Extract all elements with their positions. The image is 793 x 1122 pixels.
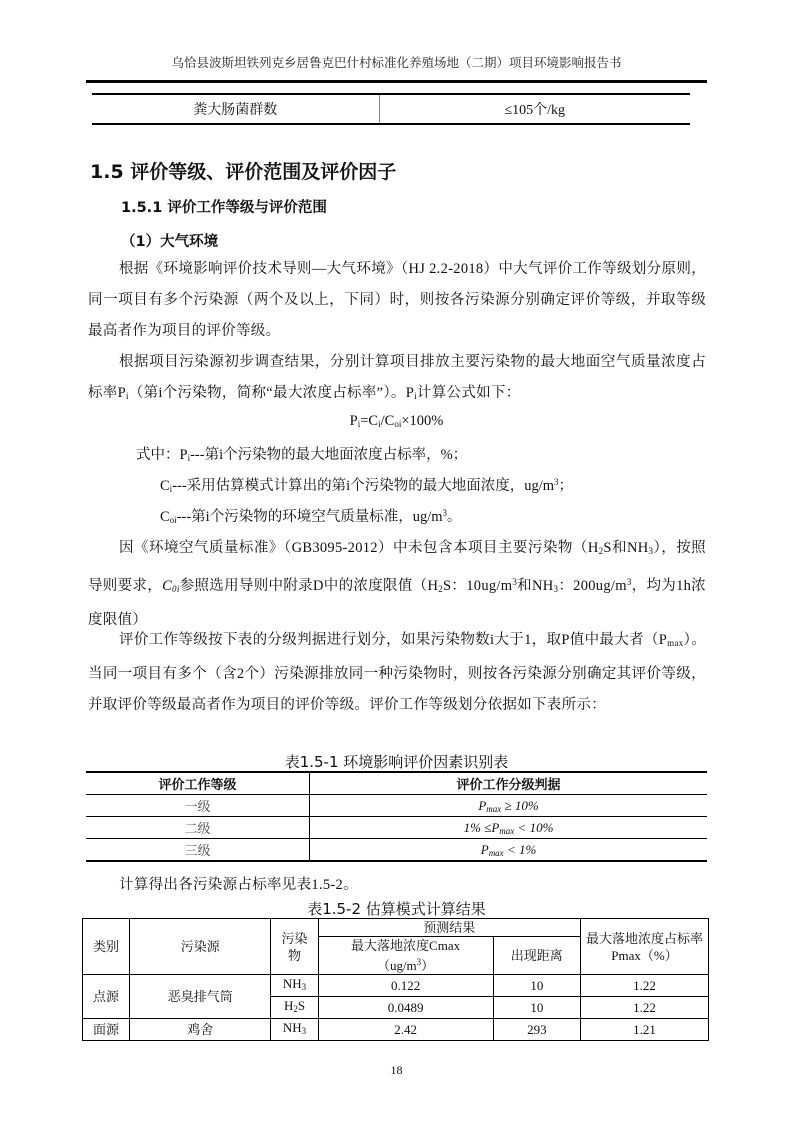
criterion-cell: Pmax ≥ 10% — [310, 795, 707, 817]
page-number: 18 — [0, 1063, 793, 1078]
pi-formula: Pi=Ci/Coi×100% — [0, 413, 793, 430]
definition-pi: 式中：Pi---第i个污染物的最大地面浓度占标率，%； — [136, 443, 467, 464]
definition-coi: Coi---第i个污染物的环境空气质量标准，ug/m3。 — [160, 505, 462, 526]
criterion-cell: Pmax < 1% — [310, 839, 707, 862]
column-header: 最大落地浓度Cmax（ug/m3） — [318, 937, 493, 975]
table-cell-item: 粪大肠菌群数 — [92, 94, 379, 124]
table1-caption: 表1.5-1 环境影响评价因素识别表 — [0, 751, 793, 772]
cmax-cell: 0.0489 — [318, 997, 493, 1019]
definition-ci: Ci---采用估算模式计算出的第i个污染物的最大地面浓度，ug/m3； — [160, 474, 573, 495]
table-row: 三级 Pmax < 1% — [86, 839, 707, 862]
column-header: 污染源 — [130, 919, 271, 975]
table-row: 面源 鸡舍 NH3 2.42 293 1.21 — [83, 1019, 709, 1041]
pmax-cell: 1.22 — [581, 997, 709, 1019]
column-header: 评价工作等级 — [86, 772, 310, 795]
grade-cell: 二级 — [86, 817, 310, 839]
grading-criteria-table: 评价工作等级 评价工作分级判据 一级 Pmax ≥ 10% 二级 1% ≤Pma… — [86, 771, 707, 862]
table-row: 点源 恶臭排气筒 NH3 0.122 10 1.22 — [83, 975, 709, 997]
table-cell-value: ≤105个/kg — [379, 94, 690, 124]
column-header: 类别 — [83, 919, 130, 975]
header-divider — [86, 80, 707, 83]
continued-standards-table: 粪大肠菌群数 ≤105个/kg — [92, 93, 690, 125]
pollutant-cell: H2S — [271, 997, 318, 1019]
pmax-cell: 1.21 — [581, 1019, 709, 1041]
table-header-row: 类别 污染源 污染物 预测结果 最大落地浓度占标率 Pmax（%） — [83, 919, 709, 937]
table-row: 二级 1% ≤Pmax < 10% — [86, 817, 707, 839]
column-header: 最大落地浓度占标率 Pmax（%） — [581, 919, 709, 975]
paragraph-guideline: 根据《环境影响评价技术导则—大气环境》（HJ 2.2-2018）中大气评价工作等… — [88, 254, 706, 347]
source-cell: 恶臭排气筒 — [130, 975, 271, 1019]
column-header: 评价工作分级判据 — [310, 772, 707, 795]
table2-caption: 表1.5-2 估算模式计算结果 — [0, 898, 793, 919]
column-group-header: 预测结果 — [318, 919, 581, 937]
pmax-cell: 1.22 — [581, 975, 709, 997]
table-header-row: 评价工作等级 评价工作分级判据 — [86, 772, 707, 795]
pollutant-cell: NH3 — [271, 975, 318, 997]
pollutant-cell: NH3 — [271, 1019, 318, 1041]
column-header: 污染物 — [271, 919, 318, 975]
category-cell: 点源 — [83, 975, 130, 1019]
grade-cell: 三级 — [86, 839, 310, 862]
sub-subsection-heading: （1）大气环境 — [121, 230, 218, 251]
distance-cell: 293 — [493, 1019, 581, 1041]
distance-cell: 10 — [493, 997, 581, 1019]
cmax-cell: 2.42 — [318, 1019, 493, 1041]
estimation-results-table: 类别 污染源 污染物 预测结果 最大落地浓度占标率 Pmax（%） 最大落地浓度… — [82, 918, 709, 1041]
distance-cell: 10 — [493, 975, 581, 997]
column-header: 出现距离 — [493, 937, 581, 975]
source-cell: 鸡舍 — [130, 1019, 271, 1041]
cmax-cell: 0.122 — [318, 975, 493, 997]
table-row: 一级 Pmax ≥ 10% — [86, 795, 707, 817]
paragraph-results-intro: 计算得出各污染源占标率见表1.5-2。 — [88, 870, 706, 901]
paragraph-air-standard: 因《环境空气质量标准》（GB3095-2012）中未包含本项目主要污染物（H2S… — [88, 533, 706, 636]
subsection-heading: 1.5.1 评价工作等级与评价范围 — [121, 196, 327, 217]
paragraph-pi-definition: 根据项目污染源初步调查结果，分别计算项目排放主要污染物的最大地面空气质量浓度占标… — [88, 347, 706, 412]
grade-cell: 一级 — [86, 795, 310, 817]
paragraph-grading-rule: 评价工作等级按下表的分级判据进行划分，如果污染物数i大于1，取P值中最大者（Pm… — [88, 625, 706, 721]
document-header-title: 乌恰县波斯坦铁列克乡居鲁克巴什村标准化养殖场地（二期）项目环境影响报告书 — [0, 53, 793, 71]
category-cell: 面源 — [83, 1019, 130, 1041]
criterion-cell: 1% ≤Pmax < 10% — [310, 817, 707, 839]
section-heading: 1.5 评价等级、评价范围及评价因子 — [90, 157, 396, 184]
table-row: 粪大肠菌群数 ≤105个/kg — [92, 94, 690, 124]
